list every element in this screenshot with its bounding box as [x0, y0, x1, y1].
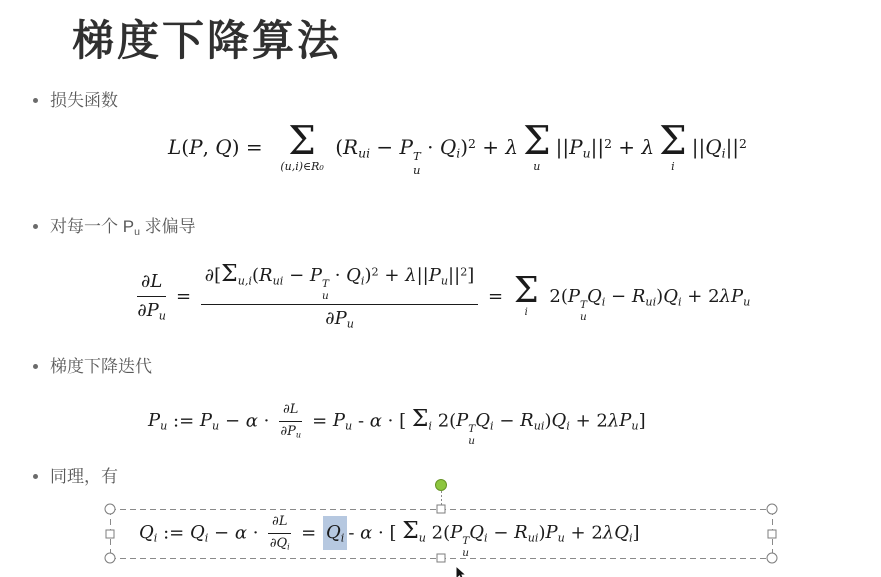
mouse-cursor-icon — [455, 565, 469, 577]
bullet-icon — [33, 98, 38, 103]
bullet-item-iteration[interactable]: 梯度下降迭代 — [33, 356, 152, 378]
bullet-label: 损失函数 — [50, 90, 118, 112]
bullet-item-partial[interactable]: 对每一个 Pu 求偏导 — [33, 216, 196, 240]
rotation-handle[interactable] — [435, 479, 447, 491]
selection-handle-middle-left[interactable] — [106, 530, 115, 539]
bullet-item-loss[interactable]: 损失函数 — [33, 90, 118, 112]
selection-handle-bottom-right[interactable] — [767, 553, 778, 564]
bullet-icon — [33, 474, 38, 479]
bullet-icon — [33, 224, 38, 229]
bullet-label: 同理，有 — [50, 466, 118, 488]
bullet-label: 梯度下降迭代 — [50, 356, 152, 378]
formula-p-update[interactable]: Pu := Pu − α · ∂L∂Pu = Pu - α · [ Σi 2(P… — [148, 402, 646, 447]
selection-handle-bottom-left[interactable] — [105, 553, 116, 564]
formula-partial-derivative[interactable]: ∂L∂Pu = ∂[Σu,i(Rui − PTu · Qi)2 + λ||Pu|… — [133, 262, 750, 332]
selection-handle-top-left[interactable] — [105, 504, 116, 515]
selection-handle-middle-right[interactable] — [768, 530, 777, 539]
selection-handle-top-center[interactable] — [437, 505, 446, 514]
bullet-item-similarly[interactable]: 同理，有 — [33, 466, 118, 488]
slide-title[interactable]: 梯度下降算法 — [72, 8, 342, 68]
bullet-icon — [33, 364, 38, 369]
slide-canvas: 梯度下降算法 损失函数 L(P, Q) = Σ(u,i)∈R₀ (Rui − P… — [0, 0, 881, 577]
selection-handle-top-right[interactable] — [767, 504, 778, 515]
bullet-label: 对每一个 Pu 求偏导 — [50, 216, 196, 240]
formula-q-update[interactable]: Qi := Qi − α · ∂L∂Qi = Qi- α · [ Σu 2(PT… — [139, 514, 640, 559]
formula-loss-function[interactable]: L(P, Q) = Σ(u,i)∈R₀ (Rui − PTu · Qi)2 + … — [168, 124, 747, 177]
